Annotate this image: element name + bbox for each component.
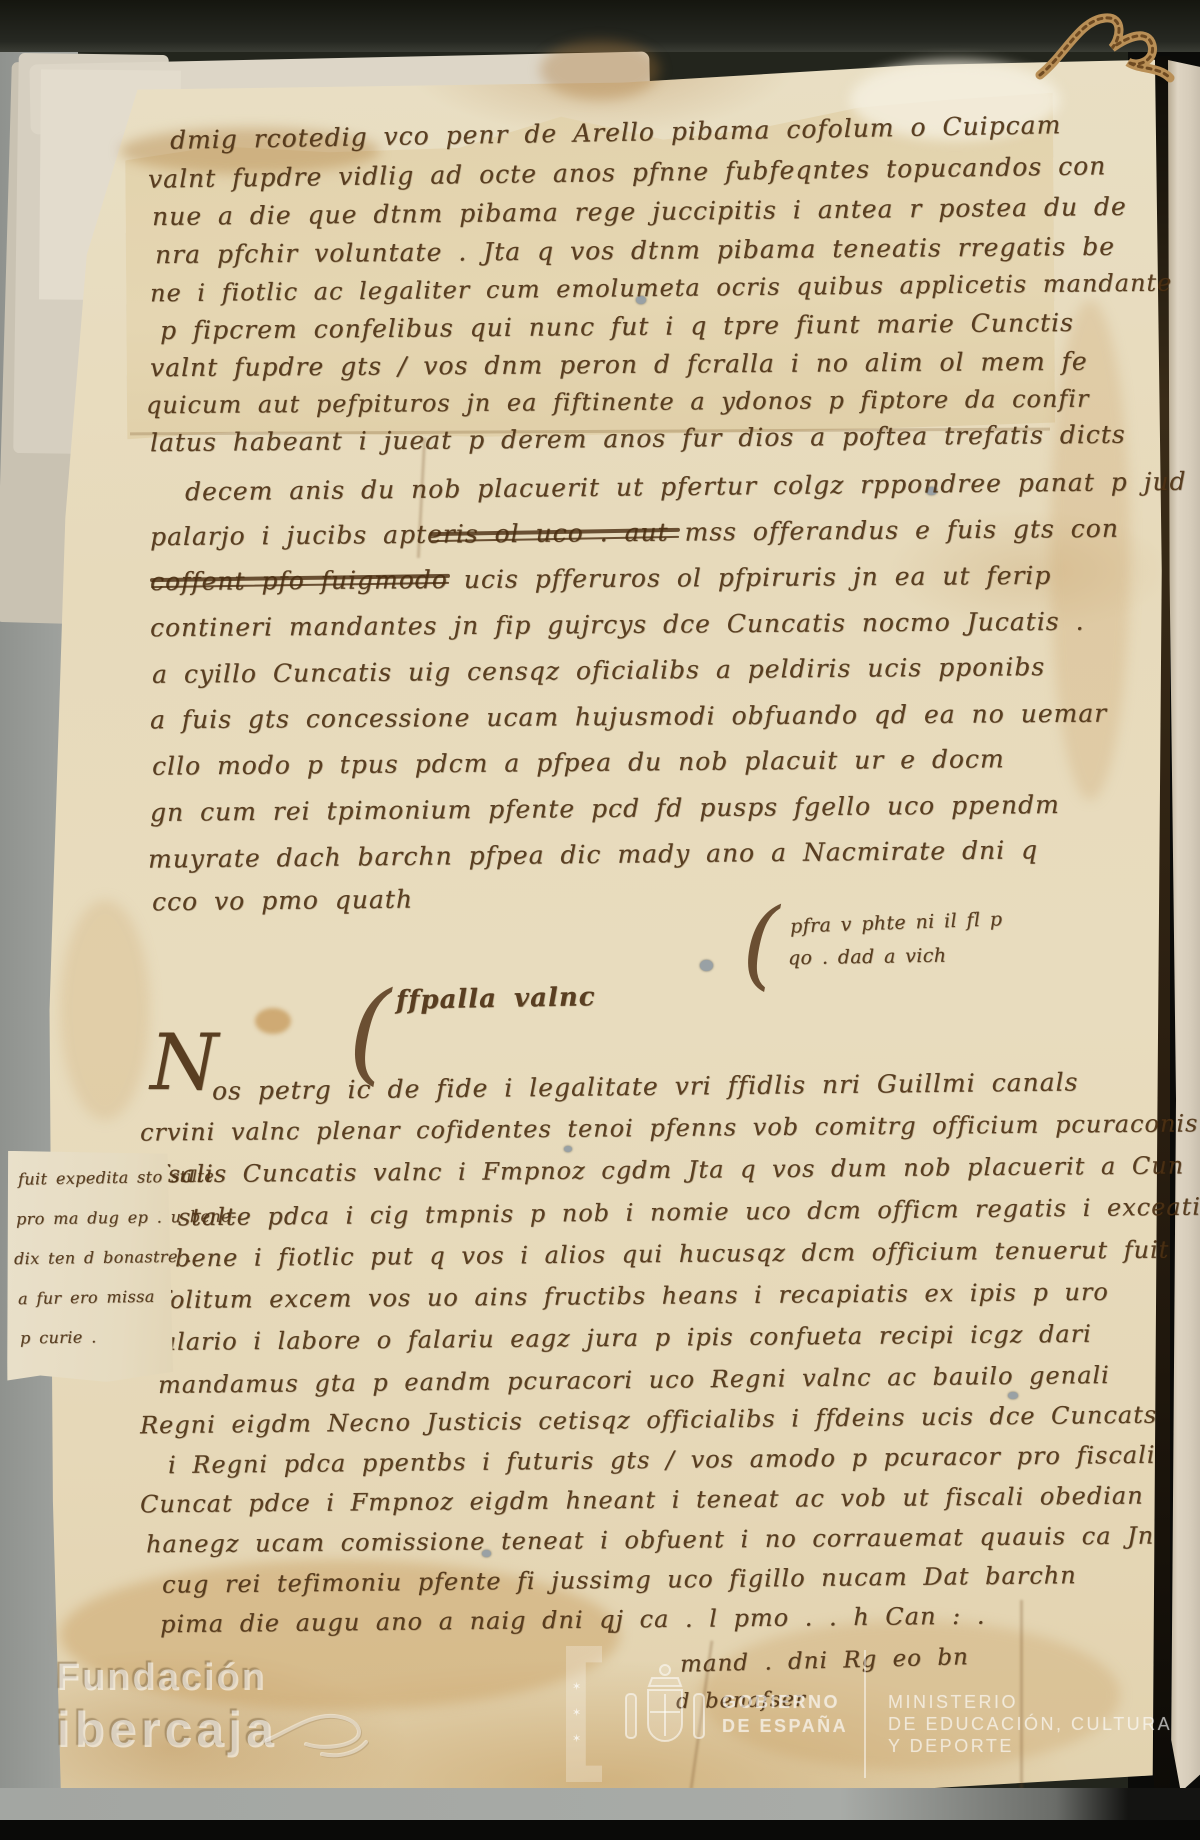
manuscript-line: cco vo pmo quath — [152, 885, 413, 917]
background-bottom-black — [0, 1820, 1200, 1840]
star-icon: ✶ — [572, 1732, 581, 1745]
stain — [255, 1008, 291, 1034]
wormhole — [564, 1146, 572, 1152]
wormhole — [1008, 1392, 1018, 1399]
marginal-note-line: p curie . — [20, 1327, 97, 1347]
registration-note-line: qo . dad a vich — [788, 945, 947, 970]
marginal-note-line: fuit expedita sto stilte — [18, 1166, 215, 1188]
marginal-note-line: pro ma dug ep . u bene- — [16, 1206, 237, 1228]
section-heading: ffpalla valnc — [396, 982, 596, 1015]
ministry-watermark-line2: DE EDUCACIÓN, CULTURA — [888, 1714, 1172, 1735]
foundation-watermark-line1: Fundación — [56, 1656, 266, 1699]
wormhole — [700, 960, 713, 971]
government-watermark-line1: GOBIERNO — [722, 1692, 840, 1713]
annotation-bracket: ( — [742, 888, 779, 1000]
foundation-watermark-line2: ibercaja — [56, 1700, 277, 1758]
initial-capital: N — [150, 1018, 218, 1108]
foundation-logo-swirl — [262, 1702, 372, 1762]
manuscript-photo: dmig rcotedig vco penr de Arello pibama … — [0, 0, 1200, 1840]
stain — [540, 40, 660, 100]
government-watermark-line2: DE ESPAÑA — [722, 1716, 848, 1737]
sewing-cord — [1020, 0, 1190, 95]
ministry-watermark-line1: MINISTERIO — [888, 1692, 1018, 1713]
marginal-note-line: a fur ero missa — [18, 1287, 155, 1308]
logo-divider — [864, 1650, 866, 1778]
ministry-watermark-line3: Y DEPORTE — [888, 1736, 1014, 1757]
star-icon: ✶ — [572, 1706, 581, 1719]
star-icon: ✶ — [572, 1680, 581, 1693]
stain — [60, 900, 150, 1120]
marginal-note-line: dix ten d bonastre . — [14, 1247, 192, 1268]
crease — [1020, 1600, 1023, 1790]
spain-coat-of-arms-icon — [618, 1660, 712, 1764]
